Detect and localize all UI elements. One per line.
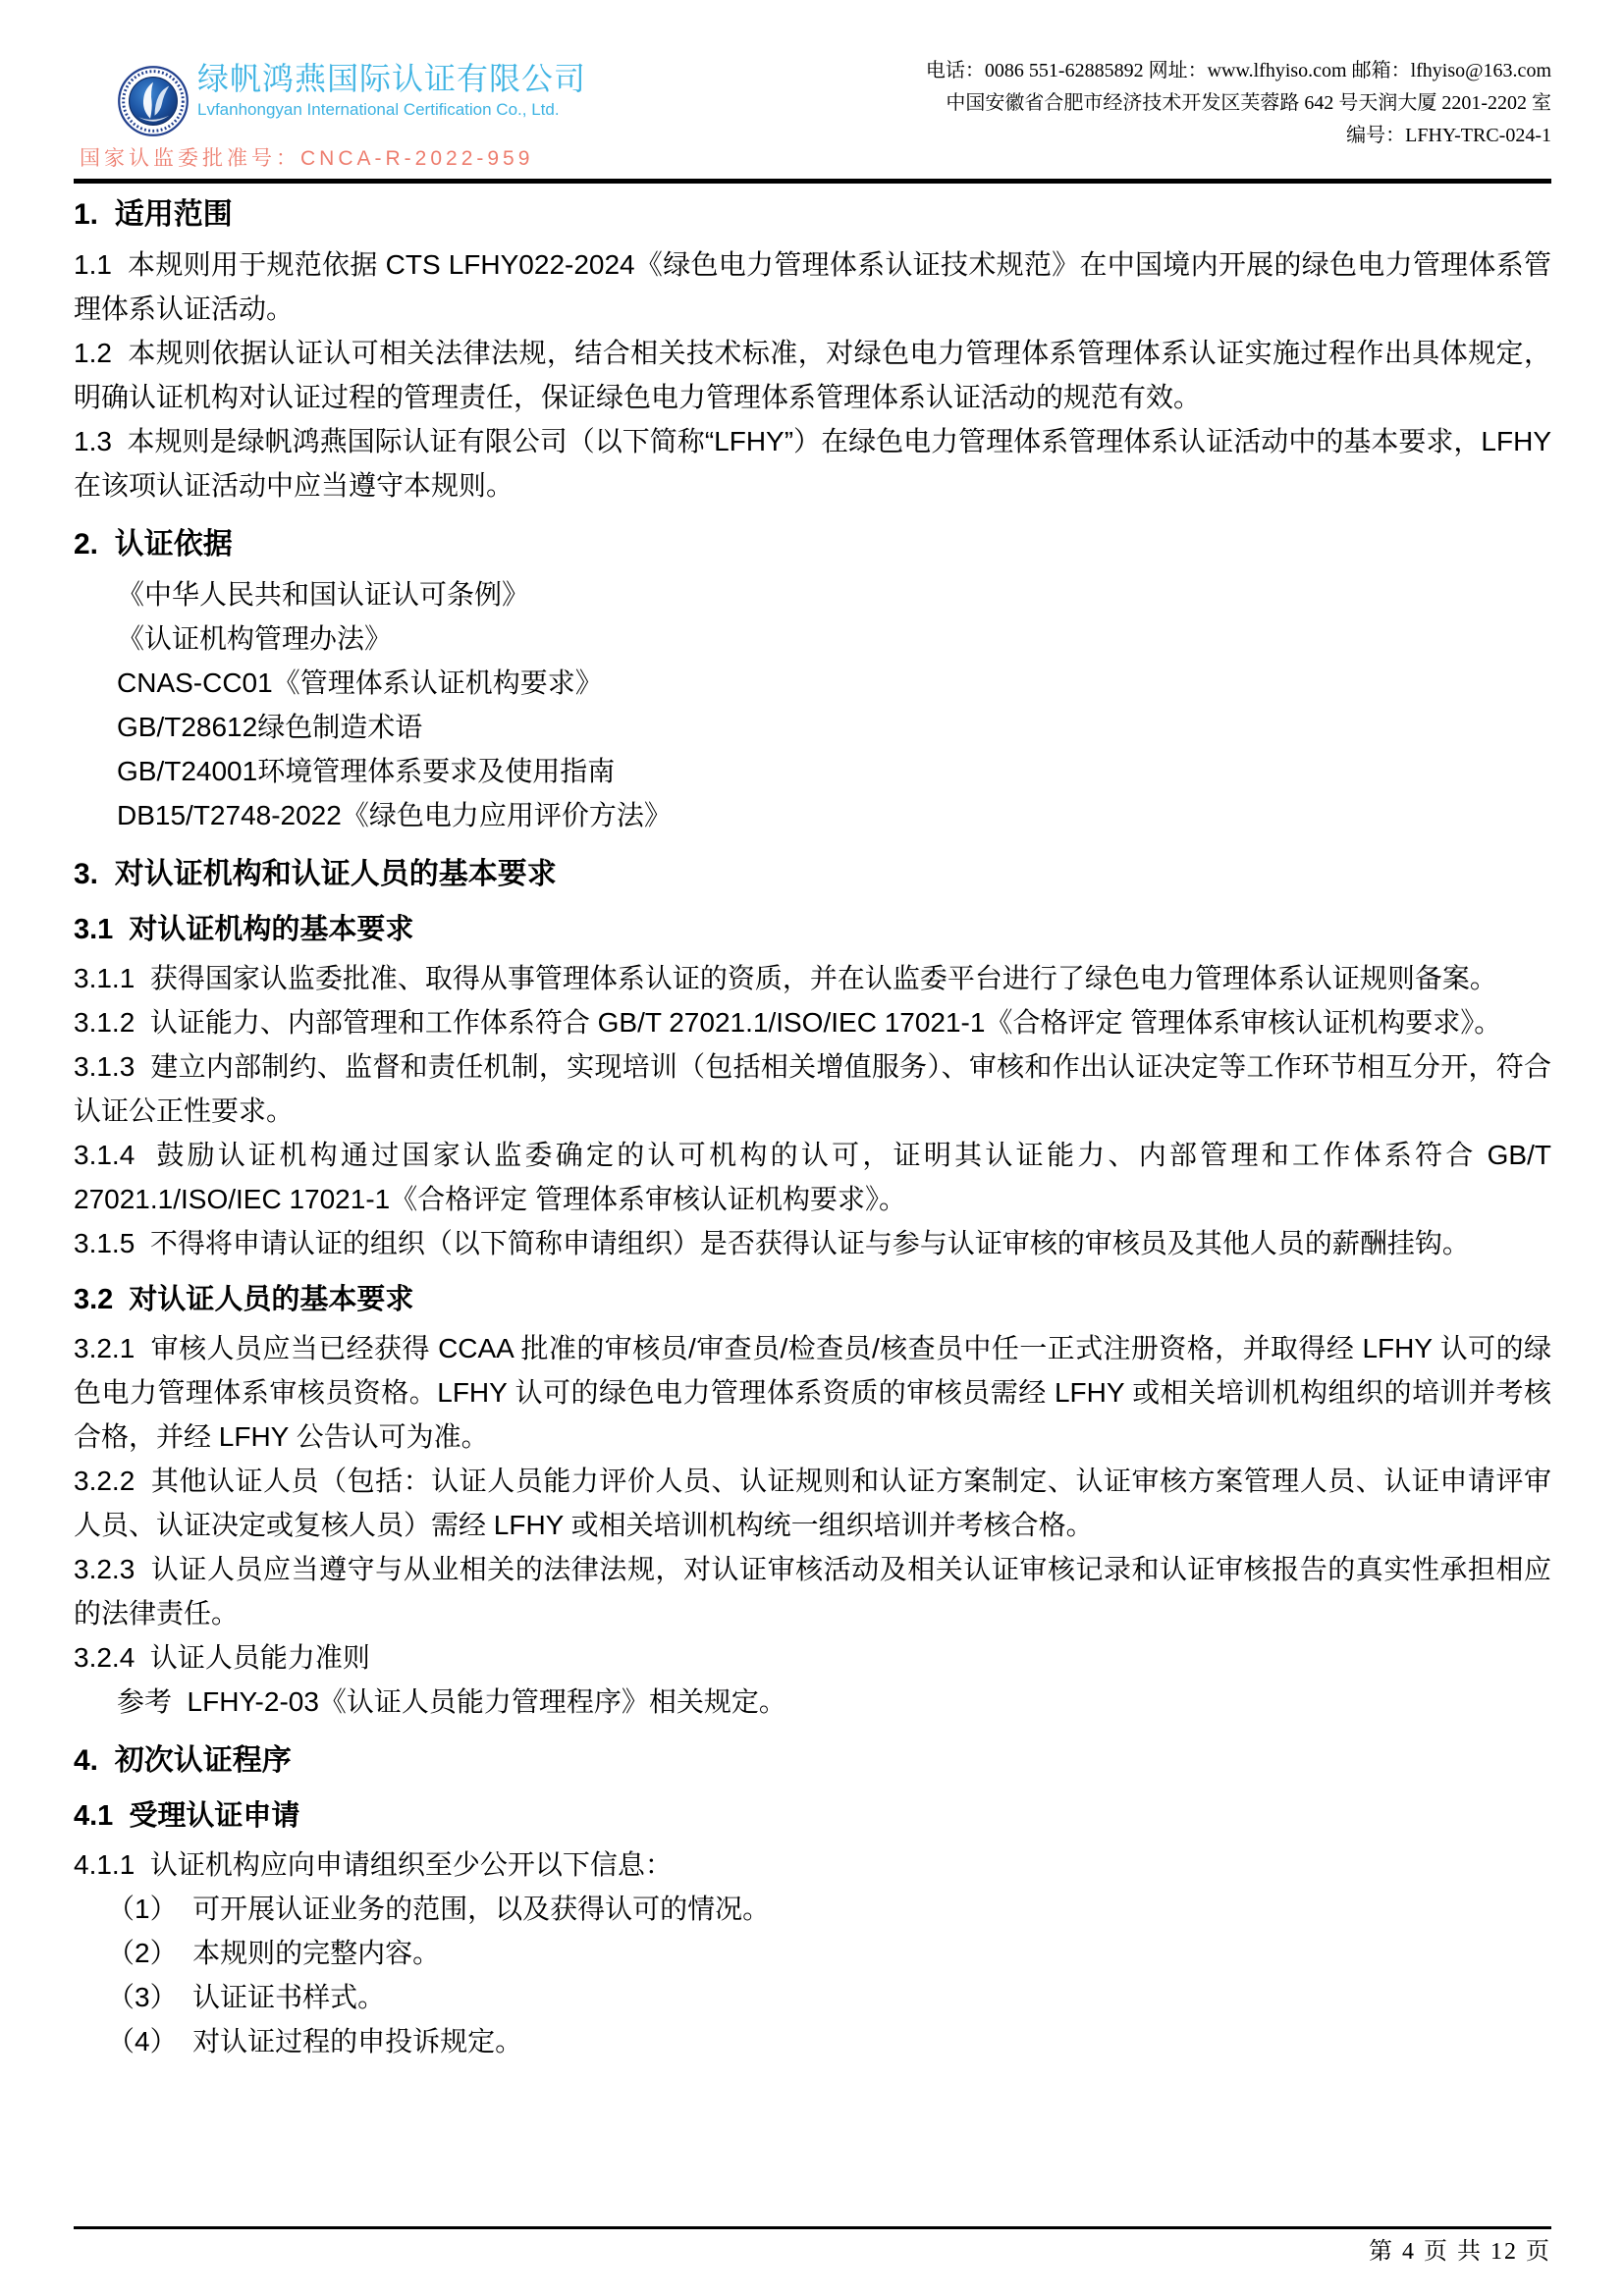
cnca-approval-number: 国家认监委批准号：CNCA-R-2022-959: [80, 145, 586, 173]
paragraph: GB/T24001环境管理体系要求及使用指南: [74, 749, 1551, 793]
section-heading: 3.1 对认证机构的基本要求: [74, 909, 1551, 950]
paragraph: 1.3 本规则是绿帆鸿燕国际认证有限公司（以下简称“LFHY”）在绿色电力管理体…: [74, 419, 1551, 507]
paragraph: 3.2.2 其他认证人员（包括：认证人员能力评价人员、认证规则和认证方案制定、认…: [74, 1459, 1551, 1547]
section-heading: 2. 认证依据: [74, 524, 1551, 565]
paragraph: 1.1 本规则用于规范依据 CTS LFHY022-2024《绿色电力管理体系认…: [74, 242, 1551, 331]
header-contact-block: 电话：0086 551-62885892 网址：www.lfhyiso.com …: [926, 55, 1551, 152]
section-heading: 4.1 受理认证申请: [74, 1795, 1551, 1837]
document-number: 编号：LFHY-TRC-024-1: [926, 120, 1551, 152]
document-body: 1. 适用范围1.1 本规则用于规范依据 CTS LFHY022-2024《绿色…: [74, 192, 1551, 2063]
header-brand-block: 绿帆鸿燕国际认证有限公司 Lvfanhongyan International …: [74, 47, 586, 173]
paragraph: 3.1.2 认证能力、内部管理和工作体系符合 GB/T 27021.1/ISO/…: [74, 1000, 1551, 1044]
sailboat-emblem-icon: [117, 65, 189, 137]
paragraph: 《中华人民共和国认证认可条例》: [74, 572, 1551, 616]
list-item: （3） 认证证书样式。: [74, 1975, 1551, 2019]
document-page: 绿帆鸿燕国际认证有限公司 Lvfanhongyan International …: [0, 0, 1624, 2296]
paragraph: 《认证机构管理办法》: [74, 616, 1551, 661]
list-item: （1） 可开展认证业务的范围，以及获得认可的情况。: [74, 1887, 1551, 1931]
header-divider: [74, 179, 1551, 184]
paragraph: 1.2 本规则依据认证认可相关法律法规，结合相关技术标准，对绿色电力管理体系管理…: [74, 331, 1551, 419]
page-footer: 第 4 页 共 12 页: [74, 2226, 1551, 2267]
paragraph: DB15/T2748-2022《绿色电力应用评价方法》: [74, 793, 1551, 837]
paragraph: GB/T28612绿色制造术语: [74, 705, 1551, 749]
contact-line-address: 中国安徽省合肥市经济技术开发区芙蓉路 642 号天润大厦 2201-2202 室: [926, 87, 1551, 120]
paragraph: 3.1.5 不得将申请认证的组织（以下简称申请组织）是否获得认证与参与认证审核的…: [74, 1221, 1551, 1265]
paragraph: 3.2.3 认证人员应当遵守与从业相关的法律法规，对认证审核活动及相关认证审核记…: [74, 1547, 1551, 1635]
list-item: （2） 本规则的完整内容。: [74, 1931, 1551, 1975]
company-name-zh: 绿帆鸿燕国际认证有限公司: [197, 59, 586, 98]
company-name-en: Lvfanhongyan International Certification…: [197, 98, 586, 122]
section-heading: 4. 初次认证程序: [74, 1740, 1551, 1782]
contact-line-phone-web-mail: 电话：0086 551-62885892 网址：www.lfhyiso.com …: [926, 55, 1551, 87]
section-heading: 3. 对认证机构和认证人员的基本要求: [74, 854, 1551, 895]
page-number: 第 4 页 共 12 页: [1369, 2239, 1551, 2265]
section-heading: 3.2 对认证人员的基本要求: [74, 1279, 1551, 1320]
brand-row: 绿帆鸿燕国际认证有限公司 Lvfanhongyan International …: [74, 47, 586, 137]
paragraph: 3.2.4 认证人员能力准则: [74, 1635, 1551, 1680]
paragraph: 4.1.1 认证机构应向申请组织至少公开以下信息：: [74, 1842, 1551, 1887]
paragraph: CNAS-CC01《管理体系认证机构要求》: [74, 661, 1551, 705]
list-item: （4） 对认证过程的申投诉规定。: [74, 2019, 1551, 2063]
paragraph: 参考 LFHY-2-03《认证人员能力管理程序》相关规定。: [74, 1680, 1551, 1724]
paragraph: 3.1.4 鼓励认证机构通过国家认监委确定的认可机构的认可，证明其认证能力、内部…: [74, 1133, 1551, 1221]
paragraph: 3.1.3 建立内部制约、监督和责任机制，实现培训（包括相关增值服务）、审核和作…: [74, 1044, 1551, 1133]
page-header: 绿帆鸿燕国际认证有限公司 Lvfanhongyan International …: [74, 47, 1551, 173]
brand-text: 绿帆鸿燕国际认证有限公司 Lvfanhongyan International …: [197, 59, 586, 122]
section-heading: 1. 适用范围: [74, 194, 1551, 236]
paragraph: 3.2.1 审核人员应当已经获得 CCAA 批准的审核员/审查员/检查员/核查员…: [74, 1326, 1551, 1459]
paragraph: 3.1.1 获得国家认监委批准、取得从事管理体系认证的资质，并在认监委平台进行了…: [74, 956, 1551, 1000]
